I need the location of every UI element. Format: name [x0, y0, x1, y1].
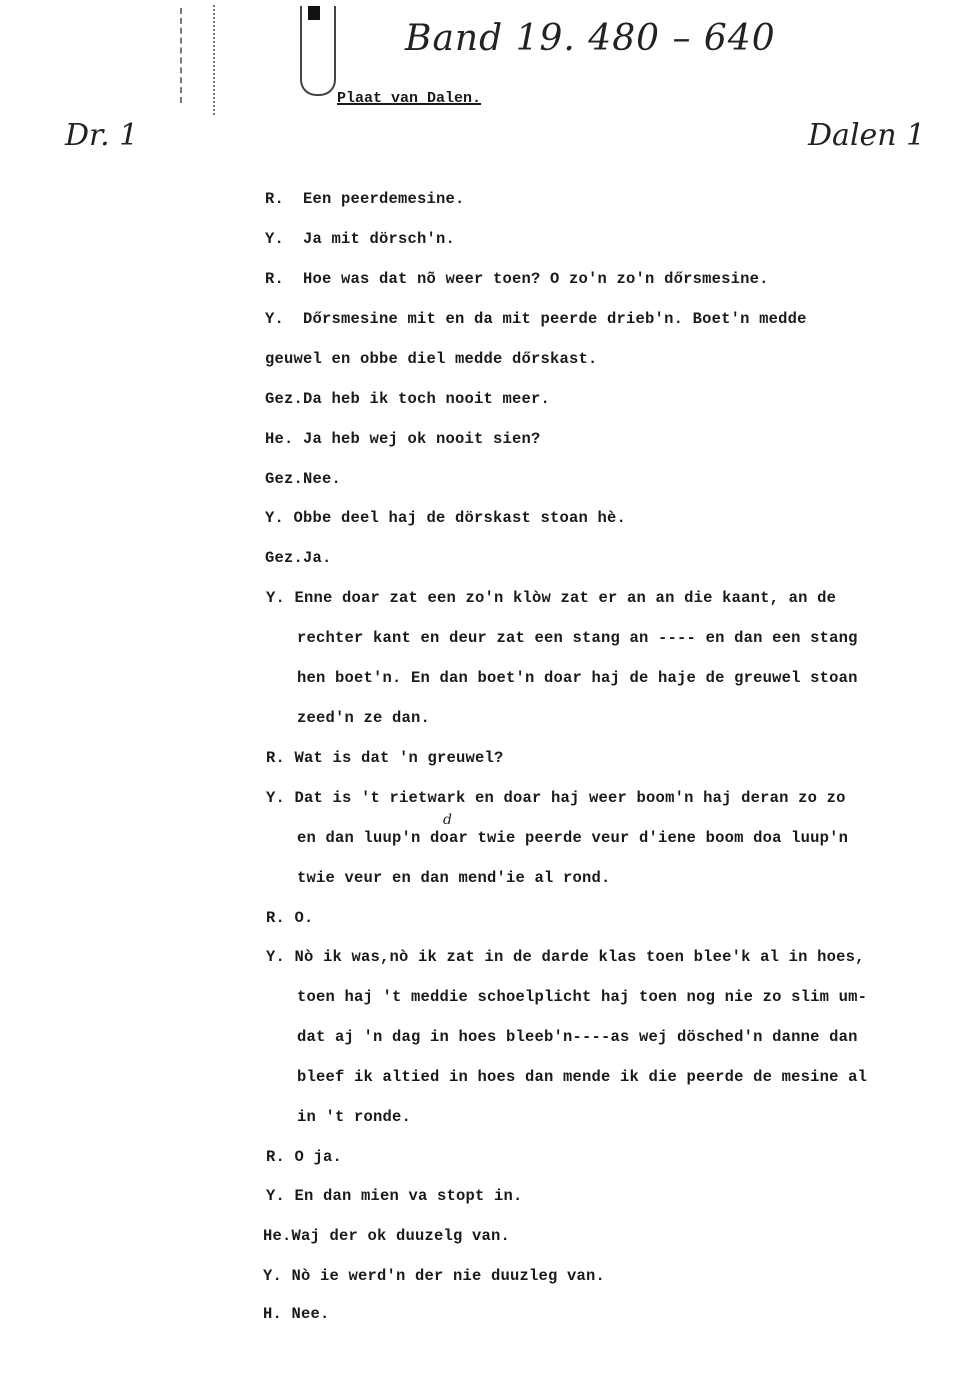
transcript-line: dat aj 'n dag in hoes bleeb'n----as wej …: [297, 1028, 858, 1046]
transcript-line: R. Hoe was dat nõ weer toen? O zo'n zo'n…: [265, 270, 769, 288]
transcript-line: toen haj 't meddie schoelplicht haj toen…: [297, 988, 867, 1006]
transcript-line: Y. Nò ie werd'n der nie duuzleg van.: [263, 1267, 605, 1285]
transcript-line: Y. Obbe deel haj de dörskast stoan hè.: [265, 509, 626, 527]
handwritten-page-left: Dr. 1: [65, 118, 138, 153]
paperclip-mark: [300, 6, 336, 96]
transcript-line: en dan luup'n doar twie peerde veur d'ie…: [297, 829, 848, 847]
transcript-line: Y. En dan mien va stopt in.: [266, 1187, 523, 1205]
transcript-line: Y. Dat is 't rietwark en doar haj weer b…: [266, 789, 846, 807]
margin-mark: [213, 5, 215, 115]
transcript-line: Y. Ja mit dörsch'n.: [265, 230, 455, 248]
handwritten-page-right: Dalen 1: [808, 118, 925, 153]
transcript-line: hen boet'n. En dan boet'n doar haj de ha…: [297, 669, 858, 687]
transcript-line: Gez.Nee.: [265, 470, 341, 488]
transcript-line: R. Een peerdemesine.: [265, 190, 465, 208]
transcript-line: zeed'n ze dan.: [297, 709, 430, 727]
transcript-line: R. Wat is dat 'n greuwel?: [266, 749, 504, 767]
transcript-line: Gez.Ja.: [265, 549, 332, 567]
transcript-line: R. O.: [266, 909, 314, 927]
superscript-correction: d: [443, 812, 452, 828]
transcript-line: twie veur en dan mend'ie al rond.: [297, 869, 611, 887]
transcript-line: Gez.Da heb ik toch nooit meer.: [265, 390, 550, 408]
transcript-line: bleef ik altied in hoes dan mende ik die…: [297, 1068, 867, 1086]
transcript-line: R. O ja.: [266, 1148, 342, 1166]
transcript-line: H. Nee.: [263, 1305, 330, 1323]
margin-mark: [180, 8, 182, 103]
transcript-line: rechter kant en deur zat een stang an --…: [297, 629, 858, 647]
transcript-line: Y. Enne doar zat een zo'n klòw zat er an…: [266, 589, 836, 607]
transcript-line: He. Ja heb wej ok nooit sien?: [265, 430, 541, 448]
document-title: Plaat van Dalen.: [337, 90, 481, 107]
transcript-line: in 't ronde.: [297, 1108, 411, 1126]
transcript-line: He.Waj der ok duuzelg van.: [263, 1227, 510, 1245]
transcript-line: Y. Dőrsmesine mit en da mit peerde drieb…: [265, 310, 807, 328]
handwritten-band-note: Band 19. 480 – 640: [405, 18, 776, 59]
transcript-line: Y. Nò ik was,nò ik zat in de darde klas …: [266, 948, 865, 966]
transcript-line: geuwel en obbe diel medde dőrskast.: [265, 350, 598, 368]
